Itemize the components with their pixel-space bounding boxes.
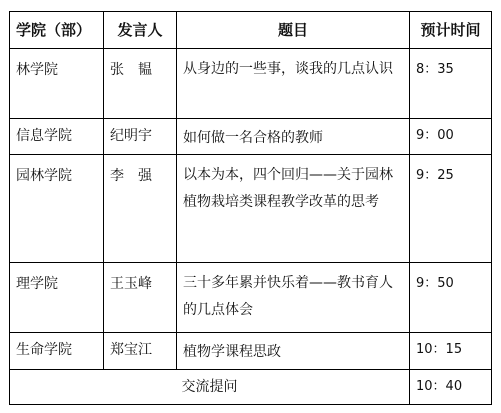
time-text: 9：00	[416, 119, 485, 147]
table-header-row: 学院（部） 发言人 题目 预计时间	[10, 12, 492, 49]
time-text: 10：40	[416, 370, 485, 398]
speaker-text: 王玉峰	[110, 263, 170, 295]
college-cell: 园林学院	[10, 155, 104, 263]
topic-text: 从身边的一些事，谈我的几点认识	[183, 49, 403, 83]
college-cell: 理学院	[10, 263, 104, 333]
table-row: 信息学院 纪明宇 如何做一名合格的教师 9：00	[10, 119, 492, 155]
time-cell: 8：35	[410, 49, 492, 119]
time-cell: 9：25	[410, 155, 492, 263]
discussion-label: 交流提问	[16, 370, 403, 398]
table-row: 园林学院 李 强 以本为本，四个回归——关于园林植物栽培类课程教学改革的思考 9…	[10, 155, 492, 263]
speaker-cell: 纪明宇	[104, 119, 177, 155]
time-cell: 9：00	[410, 119, 492, 155]
speaker-cell: 李 强	[104, 155, 177, 263]
college-text: 林学院	[16, 49, 97, 81]
table-footer-row: 交流提问 10：40	[10, 370, 492, 405]
header-speaker: 发言人	[104, 12, 177, 49]
college-text: 生命学院	[16, 333, 97, 361]
header-time: 预计时间	[410, 12, 492, 49]
topic-cell: 三十多年累并快乐着——教书育人的几点体会	[177, 263, 410, 333]
topic-cell: 以本为本，四个回归——关于园林植物栽培类课程教学改革的思考	[177, 155, 410, 263]
college-text: 理学院	[16, 263, 97, 295]
time-cell: 10：40	[410, 370, 492, 405]
college-cell: 信息学院	[10, 119, 104, 155]
topic-cell: 如何做一名合格的教师	[177, 119, 410, 155]
table-row: 生命学院 郑宝江 植物学课程思政 10：15	[10, 333, 492, 370]
header-topic: 题目	[177, 12, 410, 49]
topic-cell: 植物学课程思政	[177, 333, 410, 370]
time-cell: 10：15	[410, 333, 492, 370]
speaker-text: 张 韫	[110, 49, 170, 81]
time-text: 9：50	[416, 263, 485, 295]
college-cell: 林学院	[10, 49, 104, 119]
time-text: 9：25	[416, 155, 485, 187]
time-text: 8：35	[416, 49, 485, 81]
table-row: 林学院 张 韫 从身边的一些事，谈我的几点认识 8：35	[10, 49, 492, 119]
college-text: 信息学院	[16, 119, 97, 147]
topic-text: 三十多年累并快乐着——教书育人的几点体会	[183, 263, 403, 324]
header-college: 学院（部）	[10, 12, 104, 49]
topic-text: 以本为本，四个回归——关于园林植物栽培类课程教学改革的思考	[183, 155, 403, 216]
topic-cell: 从身边的一些事，谈我的几点认识	[177, 49, 410, 119]
time-text: 10：15	[416, 333, 485, 361]
speaker-text: 纪明宇	[110, 119, 170, 147]
college-text: 园林学院	[16, 155, 97, 187]
speaker-cell: 张 韫	[104, 49, 177, 119]
speaker-cell: 郑宝江	[104, 333, 177, 370]
topic-text: 如何做一名合格的教师	[183, 119, 403, 152]
topic-text: 植物学课程思政	[183, 333, 403, 366]
speaker-text: 郑宝江	[110, 333, 170, 361]
speaker-cell: 王玉峰	[104, 263, 177, 333]
speaker-schedule-table: 学院（部） 发言人 题目 预计时间 林学院 张 韫 从身边的一些事，谈我的几点认…	[9, 11, 492, 405]
college-cell: 生命学院	[10, 333, 104, 370]
discussion-cell: 交流提问	[10, 370, 410, 405]
speaker-text: 李 强	[110, 155, 170, 187]
table-row: 理学院 王玉峰 三十多年累并快乐着——教书育人的几点体会 9：50	[10, 263, 492, 333]
time-cell: 9：50	[410, 263, 492, 333]
